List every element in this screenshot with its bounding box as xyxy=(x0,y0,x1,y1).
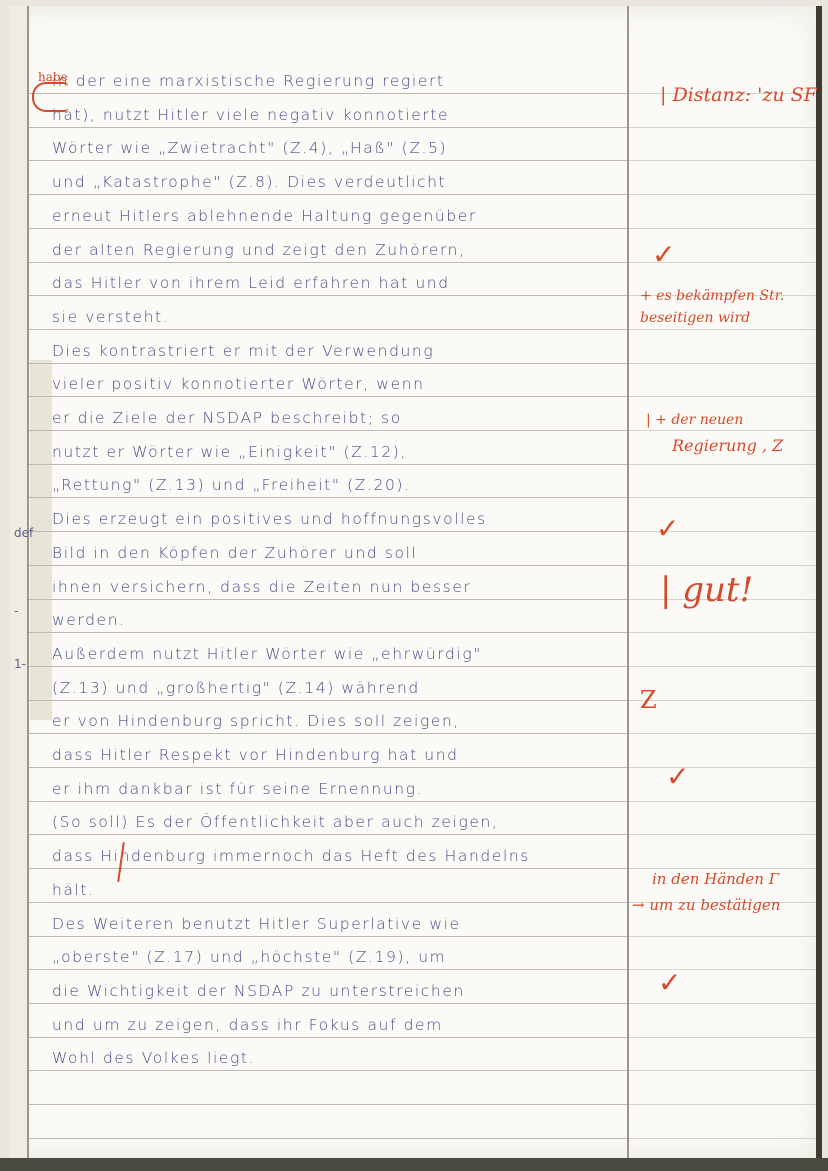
bottom-page-edge xyxy=(0,1158,828,1171)
text-line: dass Hitler Respekt vor Hindenburg hat u… xyxy=(52,746,459,764)
margin-note-haenden: in den Händen Γ xyxy=(652,870,779,888)
text-line: Wörter wie „Zwietracht" (Z.4), „Haß" (Z.… xyxy=(52,139,447,157)
text-line: (So soll) Es der Öffentlichkeit aber auc… xyxy=(52,813,498,831)
ruled-line xyxy=(29,127,627,128)
ruled-line xyxy=(29,363,627,364)
left-margin-line xyxy=(27,6,29,1158)
ruled-line xyxy=(29,666,627,667)
ruled-line xyxy=(629,868,816,869)
ruled-line xyxy=(29,767,627,768)
ruled-line xyxy=(629,497,816,498)
check-mark-icon: ✓ xyxy=(658,966,681,999)
ruled-line xyxy=(629,733,816,734)
text-line: nutzt er Wörter wie „Einigkeit" (Z.12), xyxy=(52,443,407,461)
check-mark-icon: ✓ xyxy=(666,760,689,793)
paper-left-strip xyxy=(10,6,28,1158)
text-line: hält. xyxy=(52,881,95,899)
ruled-line xyxy=(629,1104,816,1105)
ruled-line xyxy=(629,801,816,802)
ruled-line xyxy=(629,700,816,701)
right-margin-line xyxy=(627,6,629,1158)
ruled-line xyxy=(29,228,627,229)
left-margin-mark: 1- xyxy=(14,657,26,671)
ruled-line xyxy=(29,262,627,263)
text-line: er die Ziele der NSDAP beschreibt; so xyxy=(52,409,402,427)
ruled-line xyxy=(29,801,627,802)
ruled-line xyxy=(29,1003,627,1004)
text-line: vieler positiv konnotierter Wörter, wenn xyxy=(52,375,425,393)
ruled-line xyxy=(29,295,627,296)
text-line: ihnen versichern, dass die Zeiten nun be… xyxy=(52,578,471,596)
ruled-line xyxy=(629,1037,816,1038)
ruled-line xyxy=(29,464,627,465)
ruled-line xyxy=(29,1104,627,1105)
margin-note-distanz: | Distanz: 'zu SF xyxy=(660,84,817,106)
text-line: erneut Hitlers ablehnende Haltung gegenü… xyxy=(52,207,477,225)
ruled-line xyxy=(29,632,627,633)
text-line: „Rettung" (Z.13) und „Freiheit" (Z.20). xyxy=(52,476,411,494)
text-line: er ihm dankbar ist für seine Ernennung. xyxy=(52,780,423,798)
ruled-line xyxy=(29,1138,627,1139)
ruled-line xyxy=(629,430,816,431)
margin-note-neuen: | + der neuen xyxy=(646,412,743,428)
check-mark-icon: ✓ xyxy=(656,512,679,545)
text-line: (Z.13) und „großhertig" (Z.14) während xyxy=(52,679,420,697)
ruled-line xyxy=(29,733,627,734)
ruled-line xyxy=(629,1070,816,1071)
ruled-line xyxy=(29,936,627,937)
margin-note-regierung: Regierung , Z xyxy=(672,436,783,455)
text-line: und „Katastrophe" (Z.8). Dies verdeutlic… xyxy=(52,173,446,191)
ruled-line xyxy=(29,834,627,835)
text-line: Dies erzeugt ein positives und hoffnungs… xyxy=(52,510,487,528)
left-margin-mark: def xyxy=(14,526,33,540)
ruled-line xyxy=(29,1070,627,1071)
text-line: das Hitler von ihrem Leid erfahren hat u… xyxy=(52,274,450,292)
ruled-line xyxy=(29,565,627,566)
ruled-line xyxy=(629,127,816,128)
text-line: Bild in den Köpfen der Zuhörer und soll xyxy=(52,544,417,562)
ruled-line xyxy=(29,396,627,397)
ruled-line xyxy=(629,632,816,633)
ruled-line xyxy=(629,767,816,768)
ruled-line xyxy=(629,396,816,397)
ruled-line xyxy=(29,969,627,970)
margin-mark-z: Z xyxy=(640,686,657,714)
ruled-line xyxy=(629,228,816,229)
ruled-line xyxy=(29,599,627,600)
margin-note-gut: | gut! xyxy=(660,570,753,610)
ruled-line xyxy=(629,1003,816,1004)
ruled-line xyxy=(629,565,816,566)
text-line: Außerdem nutzt Hitler Wörter wie „ehrwür… xyxy=(52,645,482,663)
text-line: Des Weiteren benutzt Hitler Superlative … xyxy=(52,915,461,933)
ruled-line xyxy=(29,160,627,161)
ruled-line xyxy=(29,1037,627,1038)
margin-note-beseitigen: beseitigen wird xyxy=(640,310,750,326)
text-line: sie versteht. xyxy=(52,308,169,326)
margin-note-bestaetigen: → um zu bestätigen xyxy=(632,896,780,914)
left-margin-mark: - xyxy=(14,604,18,618)
text-line: und um zu zeigen, dass ihr Fokus auf dem xyxy=(52,1016,443,1034)
ruled-line xyxy=(29,531,627,532)
ruled-line xyxy=(629,1138,816,1139)
ruled-line xyxy=(29,902,627,903)
right-page-edge xyxy=(816,6,822,1158)
text-line: „oberste" (Z.17) und „höchste" (Z.19), u… xyxy=(52,948,446,966)
ruled-line xyxy=(629,194,816,195)
margin-note-bekaempfen: + es bekämpfen Str. xyxy=(640,288,784,304)
text-line: die Wichtigkeit der NSDAP zu unterstreic… xyxy=(52,982,465,1000)
ruled-line xyxy=(29,430,627,431)
ruled-line xyxy=(29,700,627,701)
ruled-line xyxy=(29,497,627,498)
text-line: werden. xyxy=(52,611,126,629)
text-line: Dies kontrastriert er mit der Verwendung xyxy=(52,342,434,360)
check-mark-icon: ✓ xyxy=(652,238,675,271)
ruled-line xyxy=(629,160,816,161)
ruled-line xyxy=(29,329,627,330)
ruled-line xyxy=(29,93,627,94)
ruled-line xyxy=(629,464,816,465)
text-line: der alten Regierung und zeigt den Zuhöre… xyxy=(52,241,466,259)
ruled-line xyxy=(629,666,816,667)
text-line: er von Hindenburg spricht. Dies soll zei… xyxy=(52,712,460,730)
ruled-line xyxy=(629,363,816,364)
text-line: hat), nutzt Hitler viele negativ konnoti… xyxy=(52,106,449,124)
ruled-line xyxy=(629,834,816,835)
text-line: in der eine marxistische Regierung regie… xyxy=(52,72,445,90)
ruled-line xyxy=(629,936,816,937)
text-line: Wohl des Volkes liegt. xyxy=(52,1049,255,1067)
ruled-line xyxy=(29,194,627,195)
ruled-line xyxy=(629,329,816,330)
hat-circle-mark xyxy=(32,82,68,112)
